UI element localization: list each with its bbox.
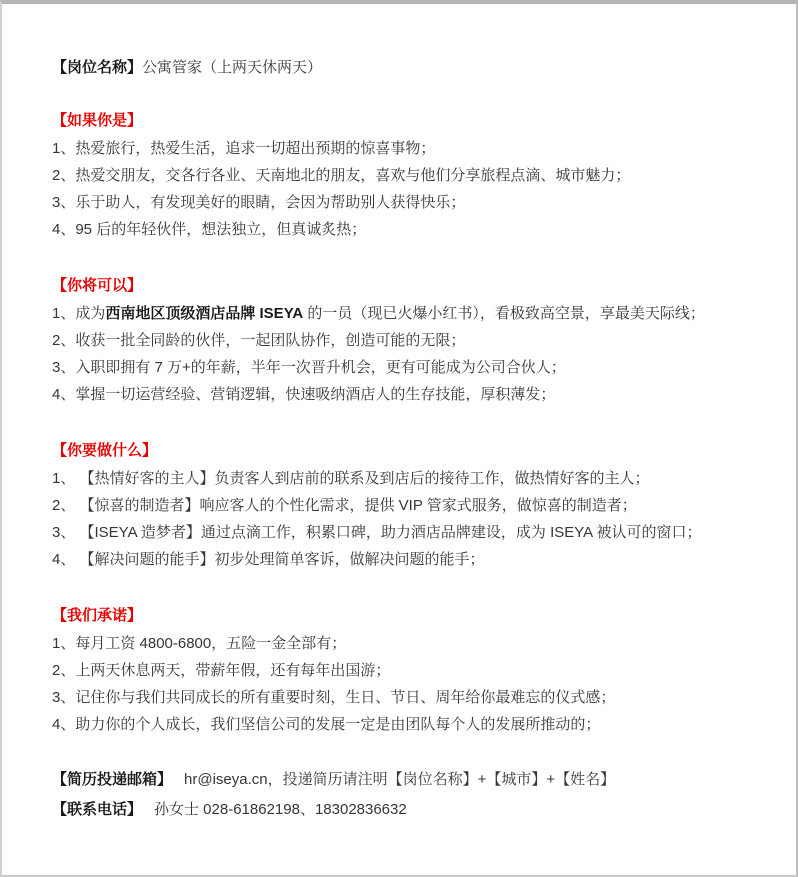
- list-item: 1、每月工资 4800-6800，五险一金全部有；: [52, 630, 744, 657]
- job-title-value: 公寓管家（上两天休两天）: [142, 59, 322, 76]
- contact-phone-label: 【联系电话】: [52, 801, 142, 818]
- list-item: 1、 【热情好客的主人】负责客人到店前的联系及到店后的接待工作，做热情好客的主人…: [52, 465, 744, 492]
- list-item: 2、上两天休息两天，带薪年假，还有每年出国游；: [52, 657, 744, 684]
- section-you-will-be-able-to: 【你将可以】 1、成为西南地区顶级酒店品牌 ISEYA 的一员（现已火爆小红书）…: [52, 272, 744, 408]
- resume-email-value: hr@iseya.cn，投递简历请注明【岗位名称】+【城市】+【姓名】: [184, 771, 615, 788]
- list-item-text: 1、成为: [52, 305, 105, 322]
- section-what-you-will-do: 【你要做什么】 1、 【热情好客的主人】负责客人到店前的联系及到店后的接待工作，…: [52, 437, 744, 573]
- job-posting-page: 【岗位名称】公寓管家（上两天休两天） 【如果你是】 1、热爱旅行，热爱生活，追求…: [0, 0, 798, 877]
- list-item: 2、热爱交朋友，交各行各业、天南地北的朋友，喜欢与他们分享旅程点滴、城市魅力；: [52, 162, 744, 189]
- section-we-promise: 【我们承诺】 1、每月工资 4800-6800，五险一金全部有； 2、上两天休息…: [52, 602, 744, 738]
- list-item: 3、 【ISEYA 造梦者】通过点滴工作，积累口碑，助力酒店品牌建设，成为 IS…: [52, 519, 744, 546]
- list-item: 4、助力你的个人成长，我们坚信公司的发展一定是由团队每个人的发展所推动的；: [52, 711, 744, 738]
- section-heading: 【你要做什么】: [52, 437, 744, 465]
- contact-footer: 【简历投递邮箱】hr@iseya.cn，投递简历请注明【岗位名称】+【城市】+【…: [52, 765, 744, 825]
- list-item: 4、95 后的年轻伙伴，想法独立，但真诚炙热；: [52, 216, 744, 243]
- list-item: 1、成为西南地区顶级酒店品牌 ISEYA 的一员（现已火爆小红书），看极致高空景…: [52, 300, 744, 327]
- list-item: 3、入职即拥有 7 万+的年薪，半年一次晋升机会，更有可能成为公司合伙人；: [52, 354, 744, 381]
- contact-phone-line: 【联系电话】孙女士 028-61862198、18302836632: [52, 795, 744, 825]
- list-item: 2、 【惊喜的制造者】响应客人的个性化需求，提供 VIP 管家式服务，做惊喜的制…: [52, 492, 744, 519]
- job-posting-content: 【岗位名称】公寓管家（上两天休两天） 【如果你是】 1、热爱旅行，热爱生活，追求…: [2, 4, 796, 825]
- section-if-you-are: 【如果你是】 1、热爱旅行，热爱生活，追求一切超出预期的惊喜事物； 2、热爱交朋…: [52, 107, 744, 243]
- list-item: 1、热爱旅行，热爱生活，追求一切超出预期的惊喜事物；: [52, 135, 744, 162]
- list-item: 3、乐于助人，有发现美好的眼睛，会因为帮助别人获得快乐；: [52, 189, 744, 216]
- list-item: 4、 【解决问题的能手】初步处理简单客诉，做解决问题的能手；: [52, 546, 744, 573]
- job-title-line: 【岗位名称】公寓管家（上两天休两天）: [52, 54, 744, 81]
- contact-phone-value: 孙女士 028-61862198、18302836632: [154, 801, 407, 818]
- brand-name-bold: 西南地区顶级酒店品牌 ISEYA: [105, 305, 303, 322]
- section-heading: 【你将可以】: [52, 272, 744, 300]
- section-heading: 【我们承诺】: [52, 602, 744, 630]
- resume-email-label: 【简历投递邮箱】: [52, 771, 172, 788]
- section-heading: 【如果你是】: [52, 107, 744, 135]
- list-item: 3、记住你与我们共同成长的所有重要时刻，生日、节日、周年给你最难忘的仪式感；: [52, 684, 744, 711]
- list-item-text: 的一员（现已火爆小红书），看极致高空景，享最美天际线；: [303, 305, 705, 322]
- list-item: 2、收获一批全同龄的伙伴，一起团队协作，创造可能的无限；: [52, 327, 744, 354]
- resume-email-line: 【简历投递邮箱】hr@iseya.cn，投递简历请注明【岗位名称】+【城市】+【…: [52, 765, 744, 795]
- list-item: 4、掌握一切运营经验、营销逻辑，快速吸纳酒店人的生存技能，厚积薄发；: [52, 381, 744, 408]
- job-title-label: 【岗位名称】: [52, 59, 142, 76]
